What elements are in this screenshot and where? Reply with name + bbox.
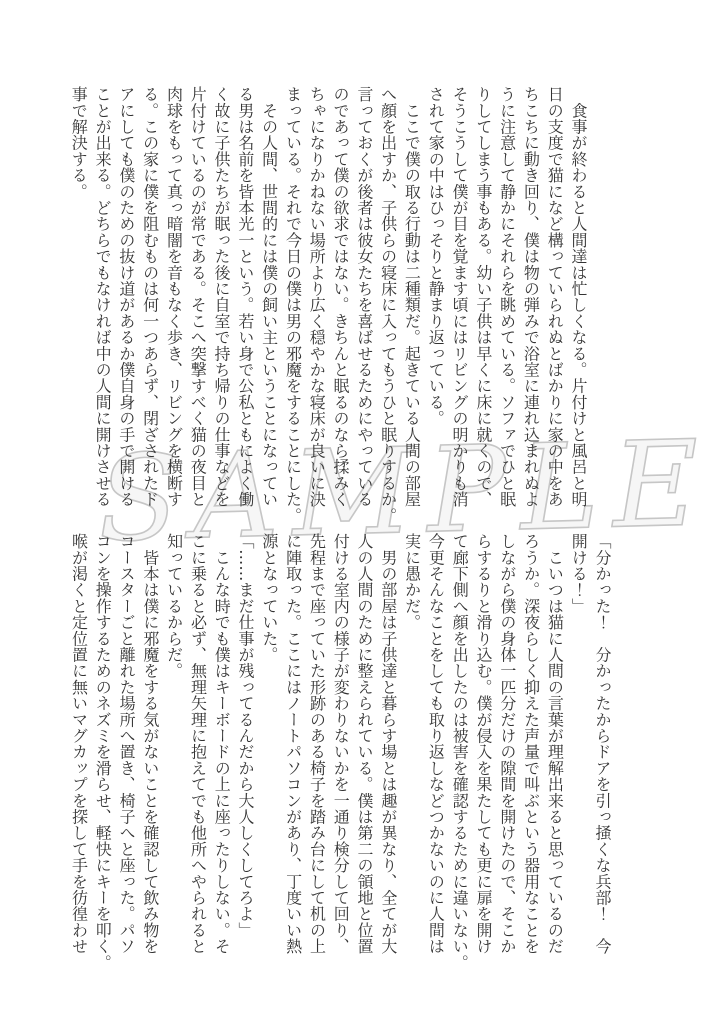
text-line: しながら僕の身体一匹分だけの隙間を開けたので、そこか bbox=[495, 533, 519, 953]
text-line: る男は名前を皆本光一という。若い身で公私ともによく働 bbox=[233, 86, 257, 506]
text-line: されて家の中はひっそりと静まり返っている。 bbox=[423, 86, 447, 506]
text-line: のであって僕の欲求ではない。きちんと眠るのなら揉みく bbox=[328, 86, 352, 506]
text-line: 片付けているのが常である。そこへ突撃すべく猫の夜目と bbox=[185, 86, 209, 506]
text-line: こに乗ると必ず、無理矢理に抱えてでも他所へやられると bbox=[186, 533, 210, 953]
text-line: りしてしまう事もある。幼い子供は早くに床に就くので、 bbox=[471, 86, 495, 506]
text-line: 人の人間のために整えられている。僕は第二の領地と位置 bbox=[352, 533, 376, 953]
text-line: 「分かった！ 分かったからドアを引っ掻くな兵部！ 今 bbox=[590, 533, 614, 953]
text-line: コンを操作するためのネズミを滑らせ、軽快にキーを叩く。 bbox=[90, 533, 114, 953]
text-line: まっている。それで今日の僕は男の邪魔をすることにした。 bbox=[281, 86, 305, 506]
text-line: 事で解決する。 bbox=[66, 86, 90, 506]
text-line: 付ける室内の様子が変わりないかを一通り検分して回り、 bbox=[328, 533, 352, 953]
text-line: ちこちに動き回り、僕は物の弾みで浴室に連れ込まれぬよ bbox=[519, 86, 543, 506]
text-line: る。この家に僕を阻むものは何一つあらず、閉ざされたド bbox=[138, 86, 162, 506]
text-line: そうこうして僕が目を覚ます頃にはリビングの明かりも消 bbox=[447, 86, 471, 506]
text-line: アにしても僕のための抜け道があるか僕自身の手で開ける bbox=[114, 86, 138, 506]
text-line: うに注意して静かにそれらを眺めている。ソファでひと眠 bbox=[495, 86, 519, 506]
lower-text-block: 「分かった！ 分かったからドアを引っ掻くな兵部！ 今開ける！」 こいつは猫に人間… bbox=[67, 533, 614, 953]
text-line: 知っているからだ。 bbox=[162, 533, 186, 953]
text-line: らするりと滑り込む。僕が侵入を果たしても更に扉を開け bbox=[471, 533, 495, 953]
text-line: に陣取った。ここにはノートパソコンがあり、丁度いい熱 bbox=[281, 533, 305, 953]
text-line: こんな時でも僕はキーボードの上に座ったりしない。そ bbox=[209, 533, 233, 953]
text-line: その人間、世間的には僕の飼い主ということになってい bbox=[257, 86, 281, 506]
text-line: ことが出来る。どちらでもなければ中の人間に開けさせる bbox=[90, 86, 114, 506]
text-line: 男の部屋は子供達と暮らす場とは趣が異なり、全てが大 bbox=[376, 533, 400, 953]
text-line: 「……まだ仕事が残ってるんだから大人しくしてろよ」 bbox=[233, 533, 257, 953]
text-line: へ顔を出すか、子供らの寝床に入ってもうひと眠りするか。 bbox=[376, 86, 400, 506]
text-line: 皆本は僕に邪魔をする気がないことを確認して飲み物を bbox=[138, 533, 162, 953]
text-line: て廊下側へ顔を出したのは被害を確認するために違いない。 bbox=[447, 533, 471, 953]
text-line: コースターごと離れた場所へ置き、椅子へと座った。パソ bbox=[114, 533, 138, 953]
novel-sample-page: SAMPLE 食事が終わると人間達は忙しくなる。片付けと風呂と明日の支度で猫にな… bbox=[0, 0, 722, 1024]
upper-text-block: 食事が終わると人間達は忙しくなる。片付けと風呂と明日の支度で猫になど構っていられ… bbox=[66, 86, 590, 506]
text-line: 源となっていた。 bbox=[257, 533, 281, 953]
text-line: 言っておくが後者は彼女たちを喜ばせるためにやっている bbox=[352, 86, 376, 506]
text-line: 肉球をもって真っ暗闇を音もなく歩き、リビングを横断す bbox=[162, 86, 186, 506]
text-line: 先程まで座っていた形跡のある椅子を踏み台にして机の上 bbox=[305, 533, 329, 953]
text-line: 今更そんなことをしても取り返しなどつかないのに人間は bbox=[424, 533, 448, 953]
text-line: 実に愚かだ。 bbox=[400, 533, 424, 953]
text-line: ちゃになりかねない場所より広く穏やかな寝床が良いに決 bbox=[304, 86, 328, 506]
text-line: こいつは猫に人間の言葉が理解出来ると思っているのだ bbox=[543, 533, 567, 953]
text-line: 日の支度で猫になど構っていられぬとばかりに家の中をあ bbox=[542, 86, 566, 506]
text-line: 開ける！」 bbox=[566, 533, 590, 953]
text-line: 喉が渇くと定位置に無いマグカップを探して手を彷徨わせ bbox=[67, 533, 91, 953]
text-line: ここで僕の取る行動は二種類だ。起きている人間の部屋 bbox=[400, 86, 424, 506]
text-line: ろうか。深夜らしく抑えた声量で叫ぶという器用なことを bbox=[519, 533, 543, 953]
text-line: 食事が終わると人間達は忙しくなる。片付けと風呂と明 bbox=[566, 86, 590, 506]
text-line: く故に子供たちが眠った後に自室で持ち帰りの仕事などを bbox=[209, 86, 233, 506]
